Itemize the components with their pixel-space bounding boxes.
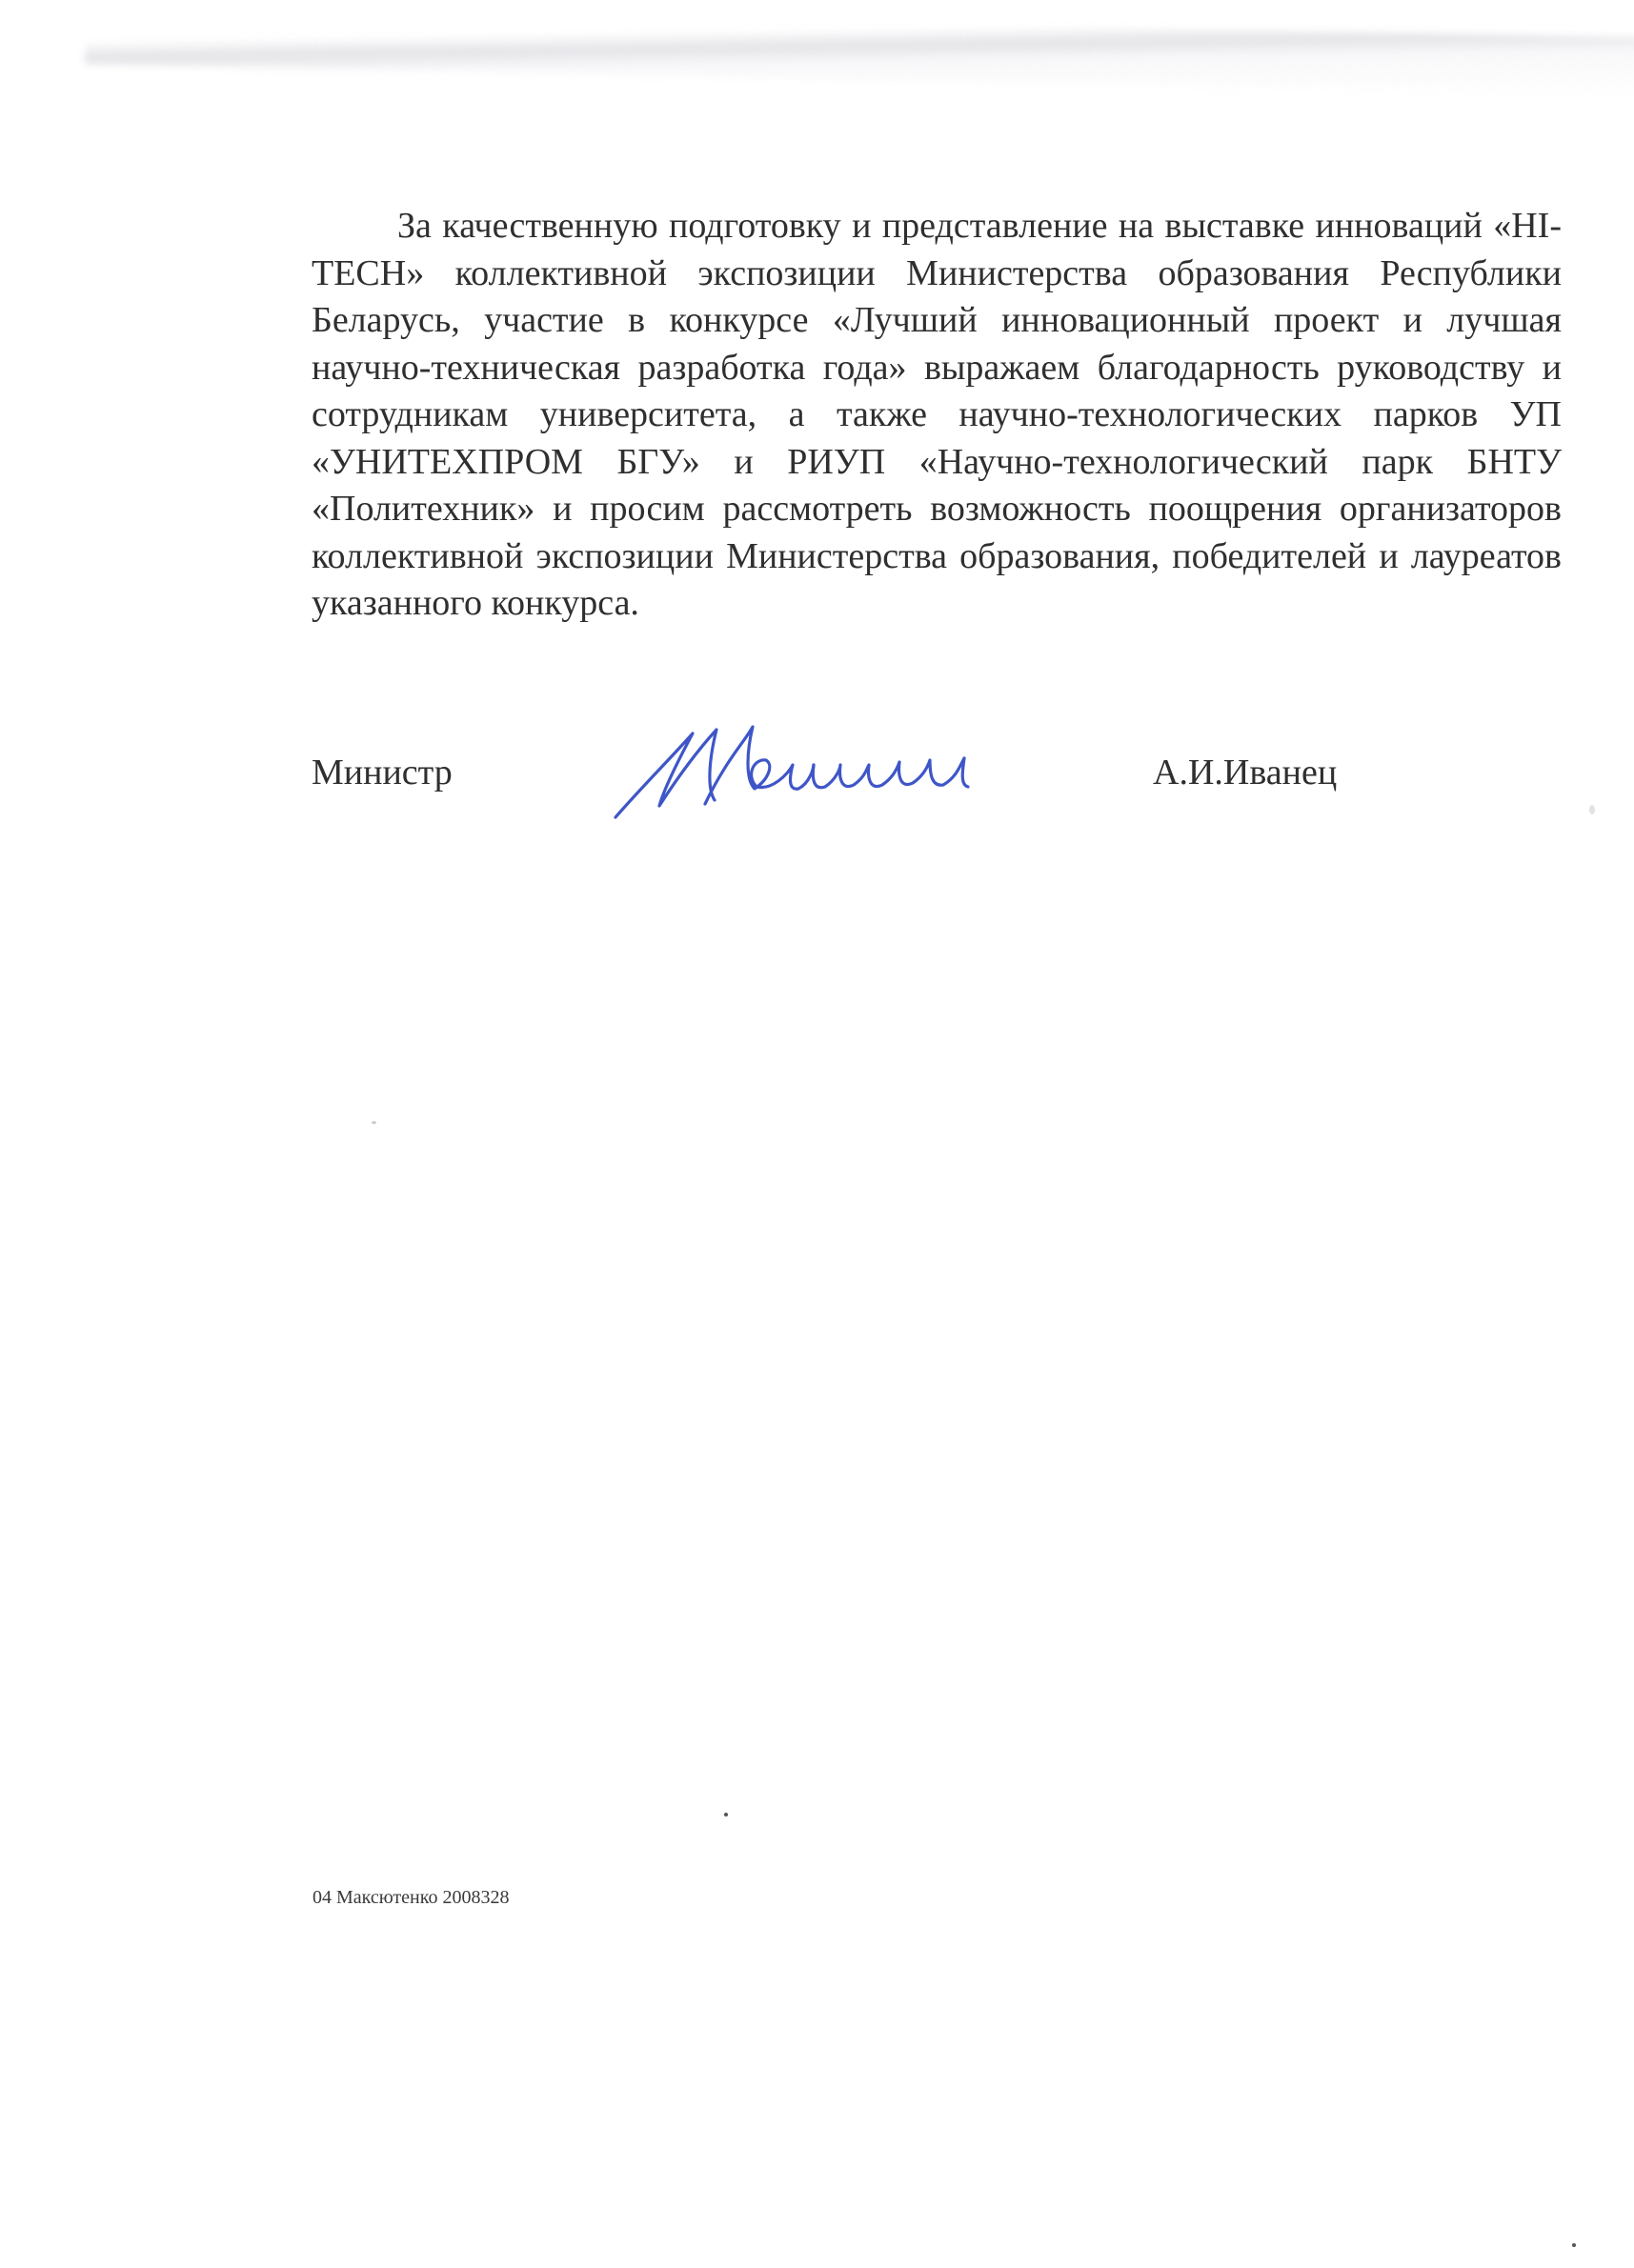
body-paragraph: За качественную подготовку и представлен… [312,203,1562,628]
scan-speck [1589,805,1595,814]
signatory-name: А.И.Иванец [1153,752,1337,793]
scan-speck [1572,2243,1576,2247]
handwritten-signature-icon [602,722,1021,827]
paper-fold-shadow [85,8,1634,94]
body-paragraph-text: За качественную подготовку и представлен… [312,206,1562,623]
scan-speck [372,1121,376,1124]
footer-reference-note: 04 Максютенко 2008328 [313,1886,509,1909]
signatory-role: Министр [312,752,453,793]
scan-speck [724,1813,728,1816]
signature-block: Министр А.И.Иванец [312,743,1398,829]
letter-body: За качественную подготовку и представлен… [312,203,1562,628]
